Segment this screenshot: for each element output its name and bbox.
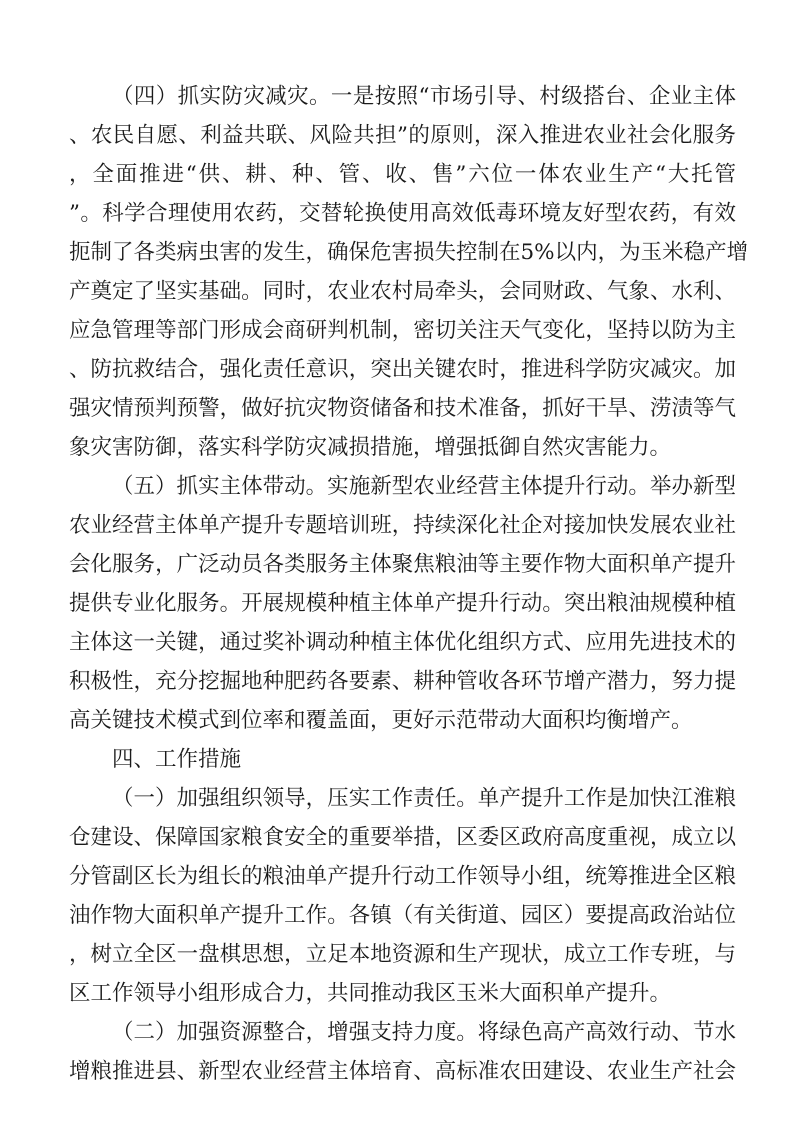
text-line: （五）抓实主体带动。实施新型农业经营主体提升行动。举办新型 <box>69 467 736 506</box>
document-page: （四）抓实防灾减灾。一是按照“市场引导、村级搭台、企业主体 、农民自愿、利益共联… <box>69 77 736 1091</box>
text-line: 农业经营主体单产提升专题培训班，持续深化社企对接加快发展农业社 <box>69 506 736 545</box>
text-line: 区工作领导小组形成合力，共同推动我区玉米大面积单产提升。 <box>69 974 736 1013</box>
text-line: （二）加强资源整合，增强支持力度。将绿色高产高效行动、节水 <box>69 1013 736 1052</box>
paragraph-disaster-prevention: （四）抓实防灾减灾。一是按照“市场引导、村级搭台、企业主体 、农民自愿、利益共联… <box>69 77 736 467</box>
text-line: （一）加强组织领导，压实工作责任。单产提升工作是加快江淮粮 <box>69 779 736 818</box>
text-line: 扼制了各类病虫害的发生，确保危害损失控制在5%以内，为玉米稳产增 <box>69 233 736 272</box>
text-line: 强灾情预判预警，做好抗灾物资储备和技术准备，抓好干旱、涝渍等气 <box>69 389 736 428</box>
section-heading: 四、工作措施 <box>69 740 736 779</box>
text-line: 象灾害防御，落实科学防灾减损措施，增强抵御自然灾害能力。 <box>69 428 736 467</box>
text-line: ”。科学合理使用农药，交替轮换使用高效低毒环境友好型农药，有效 <box>69 194 736 233</box>
text-line: 产奠定了坚实基础。同时，农业农村局牵头，会同财政、气象、水利、 <box>69 272 736 311</box>
text-line: ，全面推进“供、耕、种、管、收、售”六位一体农业生产“大托管 <box>69 155 736 194</box>
text-line: 仓建设、保障国家粮食安全的重要举措，区委区政府高度重视，成立以 <box>69 818 736 857</box>
text-line: ，树立全区一盘棋思想，立足本地资源和生产现状，成立工作专班，与 <box>69 935 736 974</box>
paragraph-organization-leadership: （一）加强组织领导，压实工作责任。单产提升工作是加快江淮粮 仓建设、保障国家粮食… <box>69 779 736 1013</box>
text-line: 提供专业化服务。开展规模种植主体单产提升行动。突出粮油规模种植 <box>69 584 736 623</box>
section-heading-work-measures: 四、工作措施 <box>69 740 736 779</box>
text-line: 高关键技术模式到位率和覆盖面，更好示范带动大面积均衡增产。 <box>69 701 736 740</box>
paragraph-resource-integration: （二）加强资源整合，增强支持力度。将绿色高产高效行动、节水 增粮推进县、新型农业… <box>69 1013 736 1091</box>
text-line: 油作物大面积单产提升工作。各镇（有关街道、园区）要提高政治站位 <box>69 896 736 935</box>
text-line: （四）抓实防灾减灾。一是按照“市场引导、村级搭台、企业主体 <box>69 77 736 116</box>
paragraph-entity-leadership: （五）抓实主体带动。实施新型农业经营主体提升行动。举办新型 农业经营主体单产提升… <box>69 467 736 740</box>
text-line: 应急管理等部门形成会商研判机制，密切关注天气变化，坚持以防为主 <box>69 311 736 350</box>
text-line: 、防抗救结合，强化责任意识，突出关键农时，推进科学防灾减灾。加 <box>69 350 736 389</box>
text-line: 、农民自愿、利益共联、风险共担”的原则，深入推进农业社会化服务 <box>69 116 736 155</box>
text-line: 积极性，充分挖掘地种肥药各要素、耕种管收各环节增产潜力，努力提 <box>69 662 736 701</box>
text-line: 增粮推进县、新型农业经营主体培育、高标准农田建设、农业生产社会 <box>69 1052 736 1091</box>
text-line: 主体这一关键，通过奖补调动种植主体优化组织方式、应用先进技术的 <box>69 623 736 662</box>
text-line: 分管副区长为组长的粮油单产提升行动工作领导小组，统筹推进全区粮 <box>69 857 736 896</box>
text-line: 会化服务，广泛动员各类服务主体聚焦粮油等主要作物大面积单产提升 <box>69 545 736 584</box>
